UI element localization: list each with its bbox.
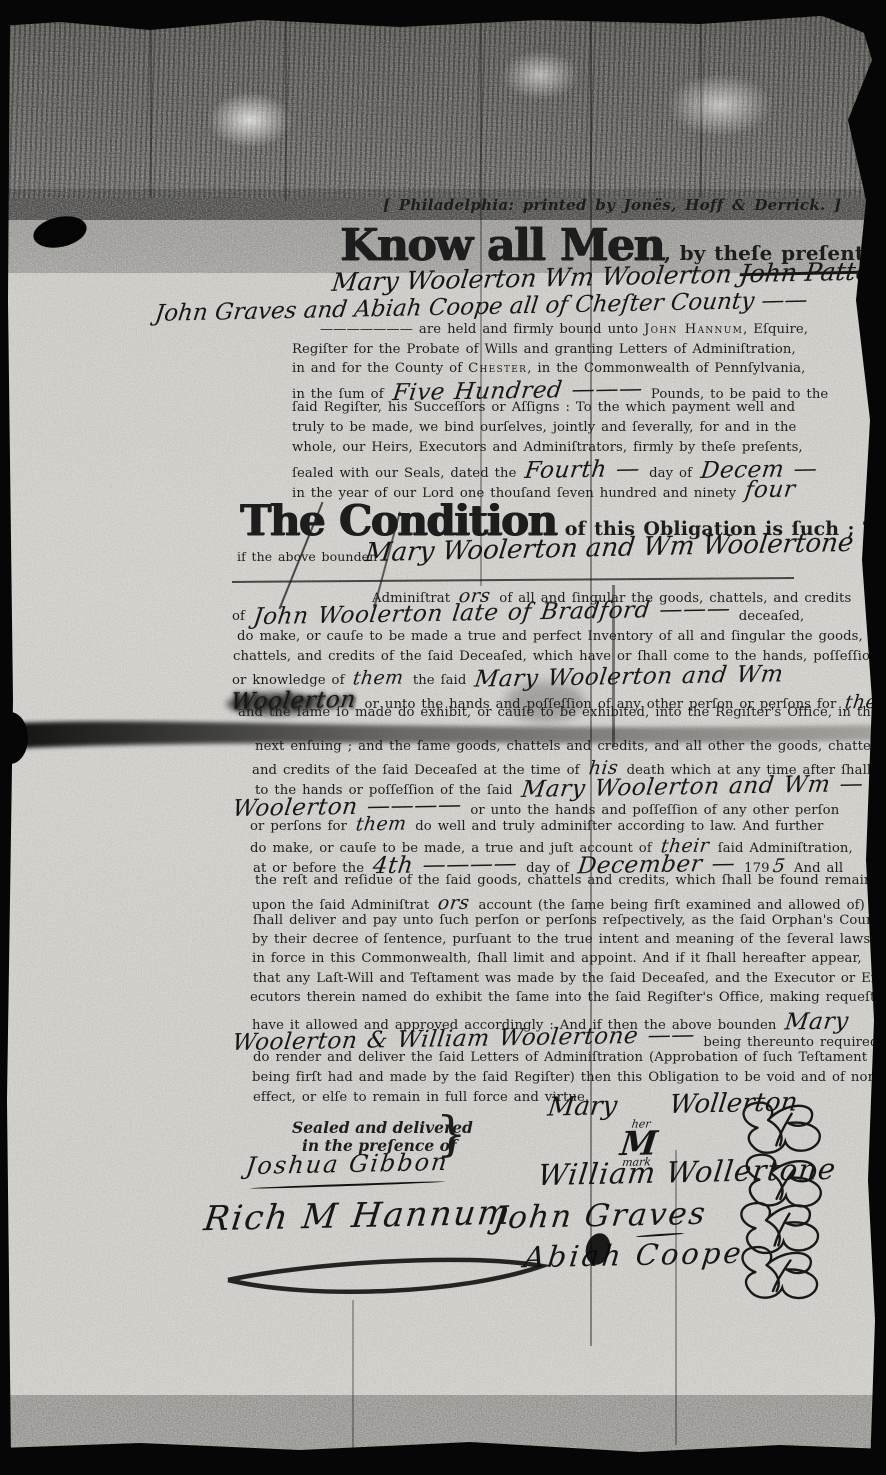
printed-text: upon the ſaid Adminiſtrat	[252, 898, 435, 913]
printed-text: that any Laſt-Will and Teſtament was mad…	[253, 971, 883, 986]
printed-text: do render and deliver the ſaid Letters o…	[253, 1050, 867, 1065]
printed-line: of John Woolerton late of Bradford ——— d…	[232, 600, 804, 626]
printed-text: truly to be made, we bind ourſelves, joi…	[292, 420, 796, 435]
printed-text: , Eſquire,	[743, 322, 808, 337]
fold-line	[675, 1150, 677, 1445]
printed-text: John Hannum	[644, 322, 743, 337]
printed-text: deceaſed,	[733, 609, 804, 624]
printed-text: , in the Commonwealth of Pennſylvania,	[527, 361, 805, 376]
printed-text: account (the ſame being firſt examined a…	[473, 898, 886, 913]
printed-text: ſhall deliver and pay unto ſuch perſon o…	[253, 913, 882, 928]
printed-text: effect, or elſe to remain in full force …	[253, 1090, 589, 1105]
signature-graves: John Graves	[492, 1196, 709, 1237]
condition-lead: if the above bounden	[237, 549, 377, 564]
printed-text: of	[232, 609, 251, 624]
printed-line: do make, or cauſe to be made a true and …	[237, 629, 863, 644]
printed-text: next enſuing ; and the ſame goods, chatt…	[255, 739, 882, 754]
witness-signature: Joshua Gibbon	[244, 1148, 450, 1180]
fold-line	[700, 16, 702, 198]
printed-line: Woolerton & William Woolertone —— being …	[230, 1026, 883, 1052]
struck-name: John Patten	[738, 256, 886, 288]
printed-line: effect, or elſe to remain in full force …	[253, 1090, 589, 1105]
seal-flourish	[723, 1238, 837, 1306]
printed-line: that any Laſt-Will and Teſtament was mad…	[253, 971, 883, 986]
printed-text: Regiſter for the Probate of Wills and gr…	[292, 342, 796, 357]
printed-text: by their decree of ſentence, purſuant to…	[252, 932, 886, 947]
handwritten-text: ors	[437, 893, 471, 915]
printed-text: in force in this Commonwealth, ſhall lim…	[252, 951, 862, 966]
printed-line: or knowledge of them the ſaid Mary Woole…	[232, 664, 786, 690]
printed-text: or knowledge of	[232, 673, 350, 688]
printed-line: ecutors therein named do exhibit the ſam…	[250, 990, 886, 1005]
printed-line: Regiſter for the Probate of Wills and gr…	[292, 342, 796, 357]
printed-line: truly to be made, we bind ourſelves, joi…	[292, 420, 796, 435]
printed-text: whole, our Heirs, Executors and Adminiſt…	[292, 440, 803, 455]
scanned-bond-document: [ Philadelphia: printed by Jonës, Hoff &…	[0, 0, 886, 1475]
printed-line: in and for the County of Chester, in the…	[292, 361, 805, 376]
printed-line: upon the ſaid Adminiſtrat ors account (t…	[252, 893, 886, 914]
signature-abiah: Abiah Coope	[522, 1236, 746, 1275]
printed-text: do make, or cauſe to be made a true and …	[237, 629, 863, 644]
printed-text: ———————	[320, 322, 419, 337]
printer-imprint: [ Philadelphia: printed by Jonës, Hoff &…	[383, 196, 841, 214]
printed-text: Chester	[468, 361, 527, 376]
printed-text: in and for the County of	[292, 361, 468, 376]
printed-line: ſaid Regiſter, his Succeſſors or Aſſigns…	[292, 400, 795, 415]
printed-text: being firſt had and made by the ſaid Reg…	[252, 1070, 884, 1085]
printed-line: and the ſame ſo made do exhibit, or cauſ…	[238, 705, 879, 720]
printed-text: and the ſame ſo made do exhibit, or cauſ…	[238, 705, 879, 720]
printed-text: or perſons for	[250, 819, 353, 834]
handwritten-text: them	[352, 668, 405, 690]
fold-line	[352, 1300, 354, 1448]
printed-text: do well and truly adminiſter according t…	[409, 819, 823, 834]
printed-line: ſhall deliver and pay unto ſuch perſon o…	[253, 913, 882, 928]
printed-line: ——————— are held and firmly bound unto J…	[320, 322, 808, 337]
printed-line: or perſons for them do well and truly ad…	[250, 814, 823, 835]
printed-text: are held and firmly bound unto	[419, 322, 644, 337]
printed-line: in force in this Commonwealth, ſhall lim…	[252, 951, 862, 966]
printed-text: the reſt and reſidue of the ſaid goods, …	[255, 873, 886, 888]
printed-line: the reſt and reſidue of the ſaid goods, …	[255, 873, 886, 888]
printed-text: being thereunto required,	[697, 1035, 882, 1050]
fold-line	[150, 16, 152, 198]
printed-text: the ſaid	[407, 673, 472, 688]
fold-line	[285, 16, 287, 201]
printed-line: next enſuing ; and the ſame goods, chatt…	[255, 739, 882, 754]
mark-glyph: M	[619, 1129, 659, 1158]
printed-text: ecutors therein named do exhibit the ſam…	[250, 990, 886, 1005]
printed-line: by their decree of ſentence, purſuant to…	[252, 932, 886, 947]
printed-line: do render and deliver the ſaid Letters o…	[253, 1050, 867, 1065]
handwritten-text: them	[355, 814, 408, 836]
signature-mary-pre: Mary	[546, 1091, 619, 1123]
printed-line: being firſt had and made by the ſaid Reg…	[252, 1070, 884, 1085]
printed-line: whole, our Heirs, Executors and Adminiſt…	[292, 440, 803, 455]
handwritten-text: John Woolerton late of Bradford ———	[252, 596, 732, 630]
printed-text: ſaid Regiſter, his Succeſſors or Aſſigns…	[292, 400, 795, 415]
signature-hannum: Rich M Hannum	[202, 1193, 514, 1240]
